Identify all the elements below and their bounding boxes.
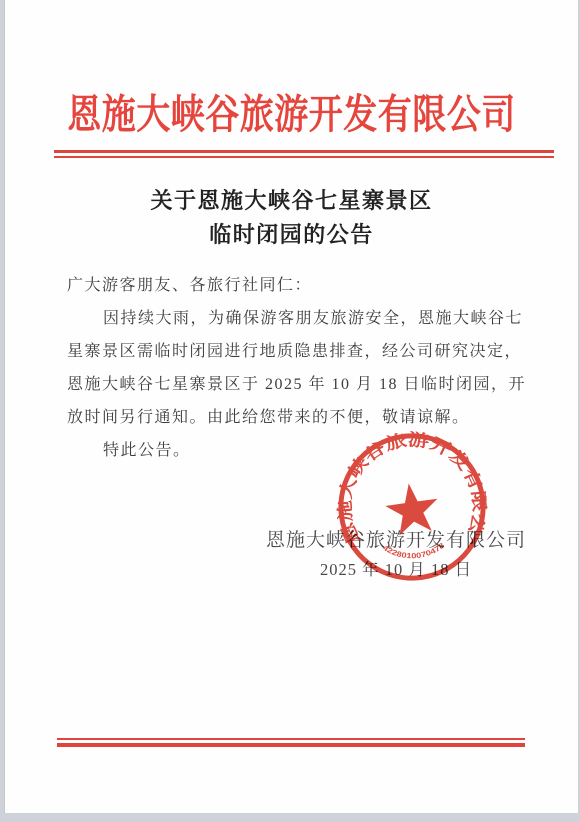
body-line: 恩施大峡谷七星寨景区于 2025 年 10 月 18 日临时闭园，开 <box>67 368 527 401</box>
title-line-2: 临时闭园的公告 <box>5 218 578 252</box>
seal-code: 4228010070478 <box>380 535 447 565</box>
company-seal: 恩施大峡谷旅游开发有限公司 4228010070478 <box>323 418 501 596</box>
scanner-background-strip <box>0 813 580 822</box>
footer-double-rule <box>57 738 525 747</box>
red-star-icon <box>383 480 442 537</box>
seal-code-text-path: 4228010070478 <box>380 535 447 565</box>
title-line-1: 关于恩施大峡谷七星寨景区 <box>5 184 578 218</box>
document-title: 关于恩施大峡谷七星寨景区 临时闭园的公告 <box>5 184 578 252</box>
body-line: 因持续大雨，为确保游客朋友旅游安全，恩施大峡谷七 <box>67 302 527 335</box>
letterhead-company-name: 恩施大峡谷旅游开发有限公司 <box>5 82 578 140</box>
letterhead-double-rule <box>54 150 554 158</box>
body-line: 星寨景区需临时闭园进行地质隐患排查，经公司研究决定， <box>67 335 527 368</box>
document-page: 恩施大峡谷旅游开发有限公司 关于恩施大峡谷七星寨景区 临时闭园的公告 广大游客朋… <box>4 0 578 813</box>
salutation: 广大游客朋友、各旅行社同仁： <box>67 269 527 302</box>
